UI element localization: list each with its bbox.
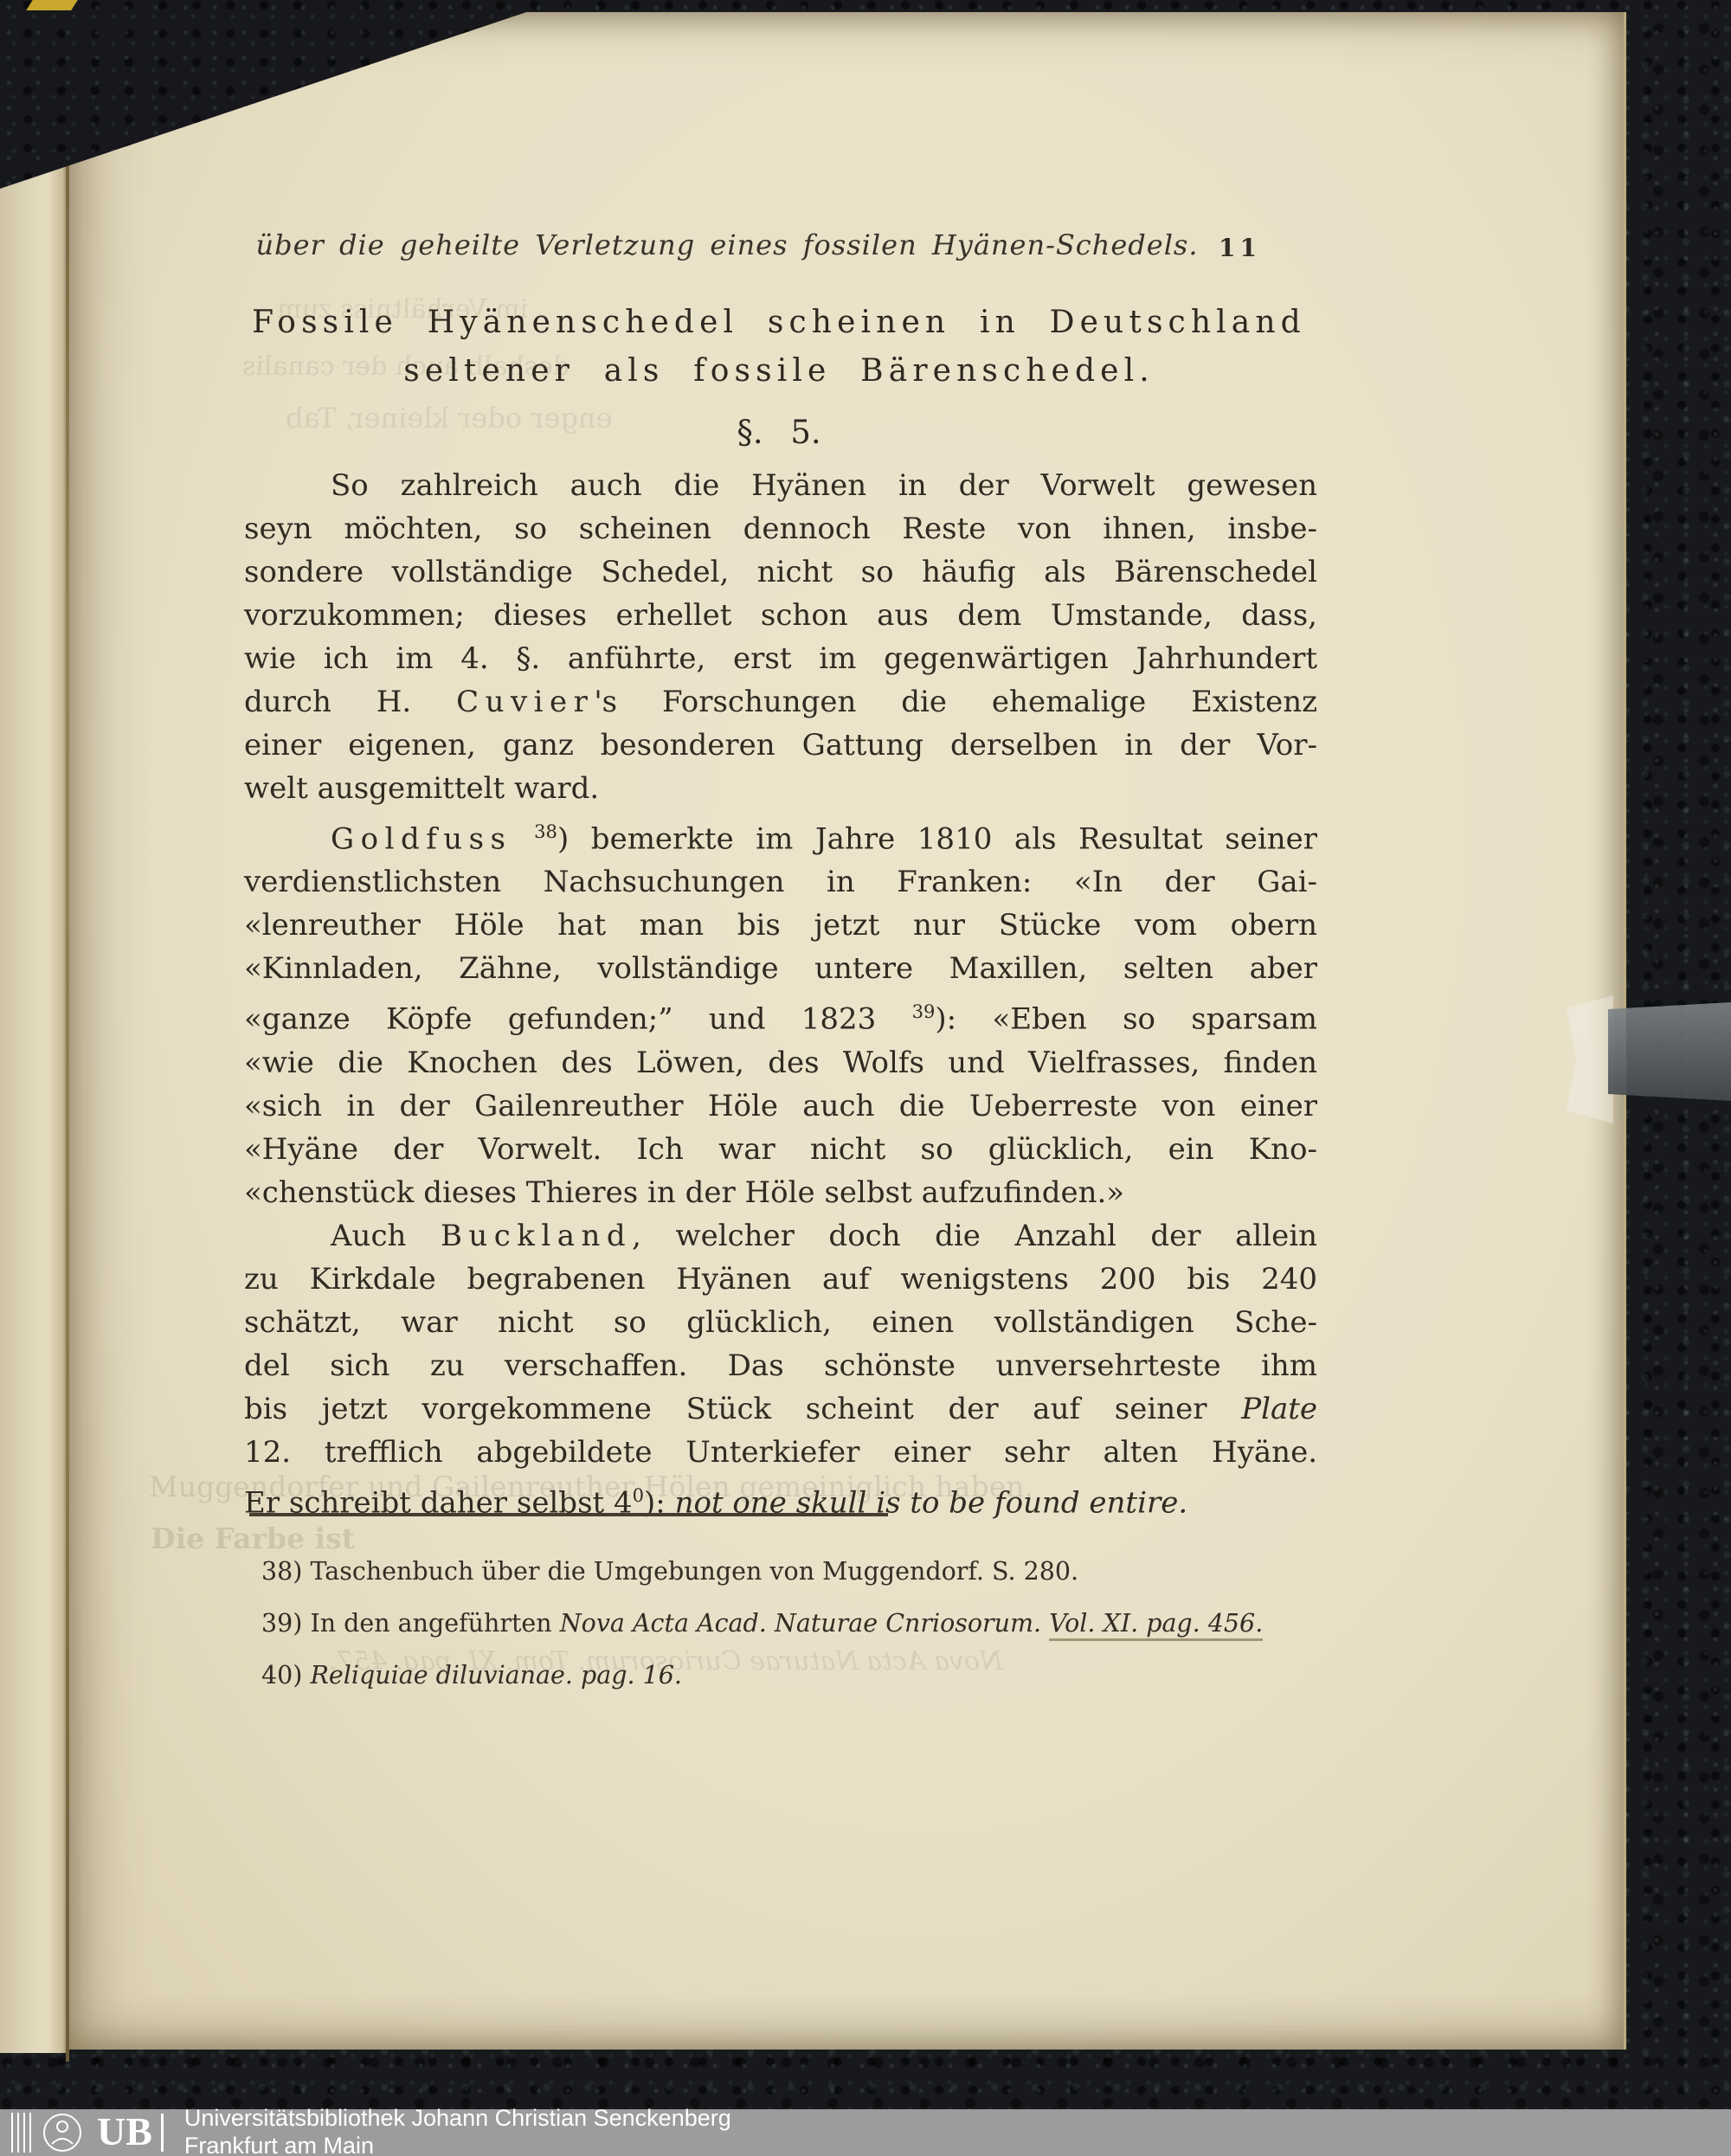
text-segment: Reliquiae diluvianae. pag. 16. <box>310 1661 681 1689</box>
text-line: wie ich im 4. §. anführte, erst im gegen… <box>244 637 1317 680</box>
heading-line: Fossile Hyänenschedel scheinen in Deutsc… <box>242 299 1316 347</box>
heading-line: seltener als fossile Bärenschedel. <box>242 347 1316 396</box>
text-segment: 0 <box>633 1484 644 1506</box>
text-line: «Kinnladen, Zähne, vollständige untere M… <box>244 947 1317 990</box>
text-line: «lenreuther Höle hat man bis jetzt nur S… <box>244 904 1317 947</box>
text-segment: Goldfuss <box>331 821 512 856</box>
text-line: del sich zu verschaffen. Das schönste un… <box>244 1344 1317 1387</box>
text-segment: 39) In den angeführten <box>261 1609 560 1638</box>
text-line: seyn möchten, so scheinen dennoch Reste … <box>244 507 1317 550</box>
text-segment: Auch <box>331 1219 441 1253</box>
running-header: über die geheilte Verletzung eines fossi… <box>216 228 1238 261</box>
library-footer-bar: UB Universitätsbibliothek Johann Christi… <box>0 2109 1731 2156</box>
text-line: sondere vollständige Schedel, nicht so h… <box>244 550 1317 594</box>
text-segment: «ganze Köpfe gefunden;” und 1823 <box>244 1002 912 1037</box>
text-line: Auch Buckland, welcher doch die Anzahl d… <box>244 1214 1317 1258</box>
text-segment: durch H. <box>244 685 456 719</box>
text-line: durch H. Cuvier's Forschungen die ehemal… <box>244 680 1317 724</box>
text-line: 39) In den angeführten Nova Acta Acad. N… <box>261 1598 1404 1650</box>
text-line: «Hyäne der Vorwelt. Ich war nicht so glü… <box>244 1128 1317 1171</box>
text-segment: bis jetzt vorgekommene Stück scheint der… <box>244 1392 1241 1426</box>
text-line: 12. trefflich abgebildete Unterkiefer ei… <box>244 1431 1317 1474</box>
text-segment: 40) <box>261 1661 310 1689</box>
text-segment: Vol. XI. pag. 456. <box>1049 1609 1263 1641</box>
text-line: «chenstück dieses Thieres in der Höle se… <box>244 1171 1317 1214</box>
library-name: Universitätsbibliothek Johann Christian … <box>184 2105 731 2156</box>
underlying-page-edges <box>0 36 69 2053</box>
text-line: «wie die Knochen des Löwen, des Wolfs un… <box>244 1041 1317 1084</box>
text-line: 38) Taschenbuch über die Umgebungen von … <box>261 1546 1404 1598</box>
text-line: vorzukommen; dieses erhellet schon aus d… <box>244 594 1317 637</box>
text-segment: 39 <box>912 1001 936 1022</box>
text-segment: Buckland <box>441 1219 632 1253</box>
text-line: bis jetzt vorgekommene Stück scheint der… <box>244 1387 1317 1431</box>
text-line: zu Kirkdale begrabenen Hyänen auf wenigs… <box>244 1258 1317 1301</box>
text-line: «sich in der Gailenreuther Höle auch die… <box>244 1084 1317 1128</box>
logo-divider <box>161 2114 164 2152</box>
text-segment: ): «Eben so sparsam <box>935 1002 1317 1037</box>
ub-logo: UB <box>0 2109 184 2156</box>
ub-logo-emblem <box>9 2111 92 2154</box>
text-line: «ganze Köpfe gefunden;” und 1823 39): «E… <box>244 990 1317 1040</box>
paragraph: So zahlreich auch die Hyänen in der Vorw… <box>244 464 1317 810</box>
binding-gutter-line <box>66 0 69 2062</box>
text-line: 40) Reliquiae diluvianae. pag. 16. <box>261 1650 1404 1702</box>
ub-logo-text: UB <box>97 2108 152 2154</box>
text-line: Goldfuss 38) bemerkte im Jahre 1810 als … <box>244 810 1317 860</box>
ribbon-sliver <box>26 0 77 10</box>
text-segment <box>512 821 535 856</box>
text-segment: Cuvier <box>456 685 594 719</box>
book-page: im Verhältniss zum deshalb auch der cana… <box>69 12 1626 2050</box>
text-line: So zahlreich auch die Hyänen in der Vorw… <box>244 464 1317 507</box>
body-text: So zahlreich auch die Hyänen in der Vorw… <box>244 464 1317 1524</box>
paragraph: Goldfuss 38) bemerkte im Jahre 1810 als … <box>244 810 1317 1214</box>
page-number: 11 <box>1219 234 1261 262</box>
footnote-separator-rule <box>249 1513 888 1516</box>
text-segment: Plate <box>1241 1392 1317 1426</box>
bookmark-tab <box>1608 1002 1731 1101</box>
text-segment: , welcher doch die Anzahl der allein <box>632 1219 1317 1253</box>
library-name-line1: Universitätsbibliothek Johann Christian … <box>184 2105 731 2133</box>
text-line: einer eigenen, ganz besonderen Gattung d… <box>244 724 1317 767</box>
library-name-line2: Frankfurt am Main <box>184 2133 731 2156</box>
text-line: schätzt, war nicht so glücklich, einen v… <box>244 1301 1317 1344</box>
text-line: Er schreibt daher selbst 40): not one sk… <box>244 1474 1317 1524</box>
text-segment: 's Forschungen die ehemalige Existenz <box>594 685 1317 719</box>
section-mark: §. 5. <box>242 414 1316 451</box>
text-segment <box>1041 1609 1049 1638</box>
chapter-heading: Fossile Hyänenschedel scheinen in Deutsc… <box>242 299 1316 396</box>
scanned-book-view: im Verhältniss zum deshalb auch der cana… <box>0 0 1731 2156</box>
text-line: verdienstlichsten Nachsuchungen in Frank… <box>244 860 1317 904</box>
text-line: welt ausgemittelt ward. <box>244 767 1317 810</box>
paragraph: Auch Buckland, welcher doch die Anzahl d… <box>244 1214 1317 1524</box>
footnotes: 38) Taschenbuch über die Umgebungen von … <box>261 1546 1404 1702</box>
text-segment: 38 <box>534 821 557 842</box>
text-segment: Nova Acta Acad. Naturae Cnriosorum. <box>560 1609 1041 1638</box>
text-segment: ) bemerkte im Jahre 1810 als Resultat se… <box>557 821 1317 856</box>
